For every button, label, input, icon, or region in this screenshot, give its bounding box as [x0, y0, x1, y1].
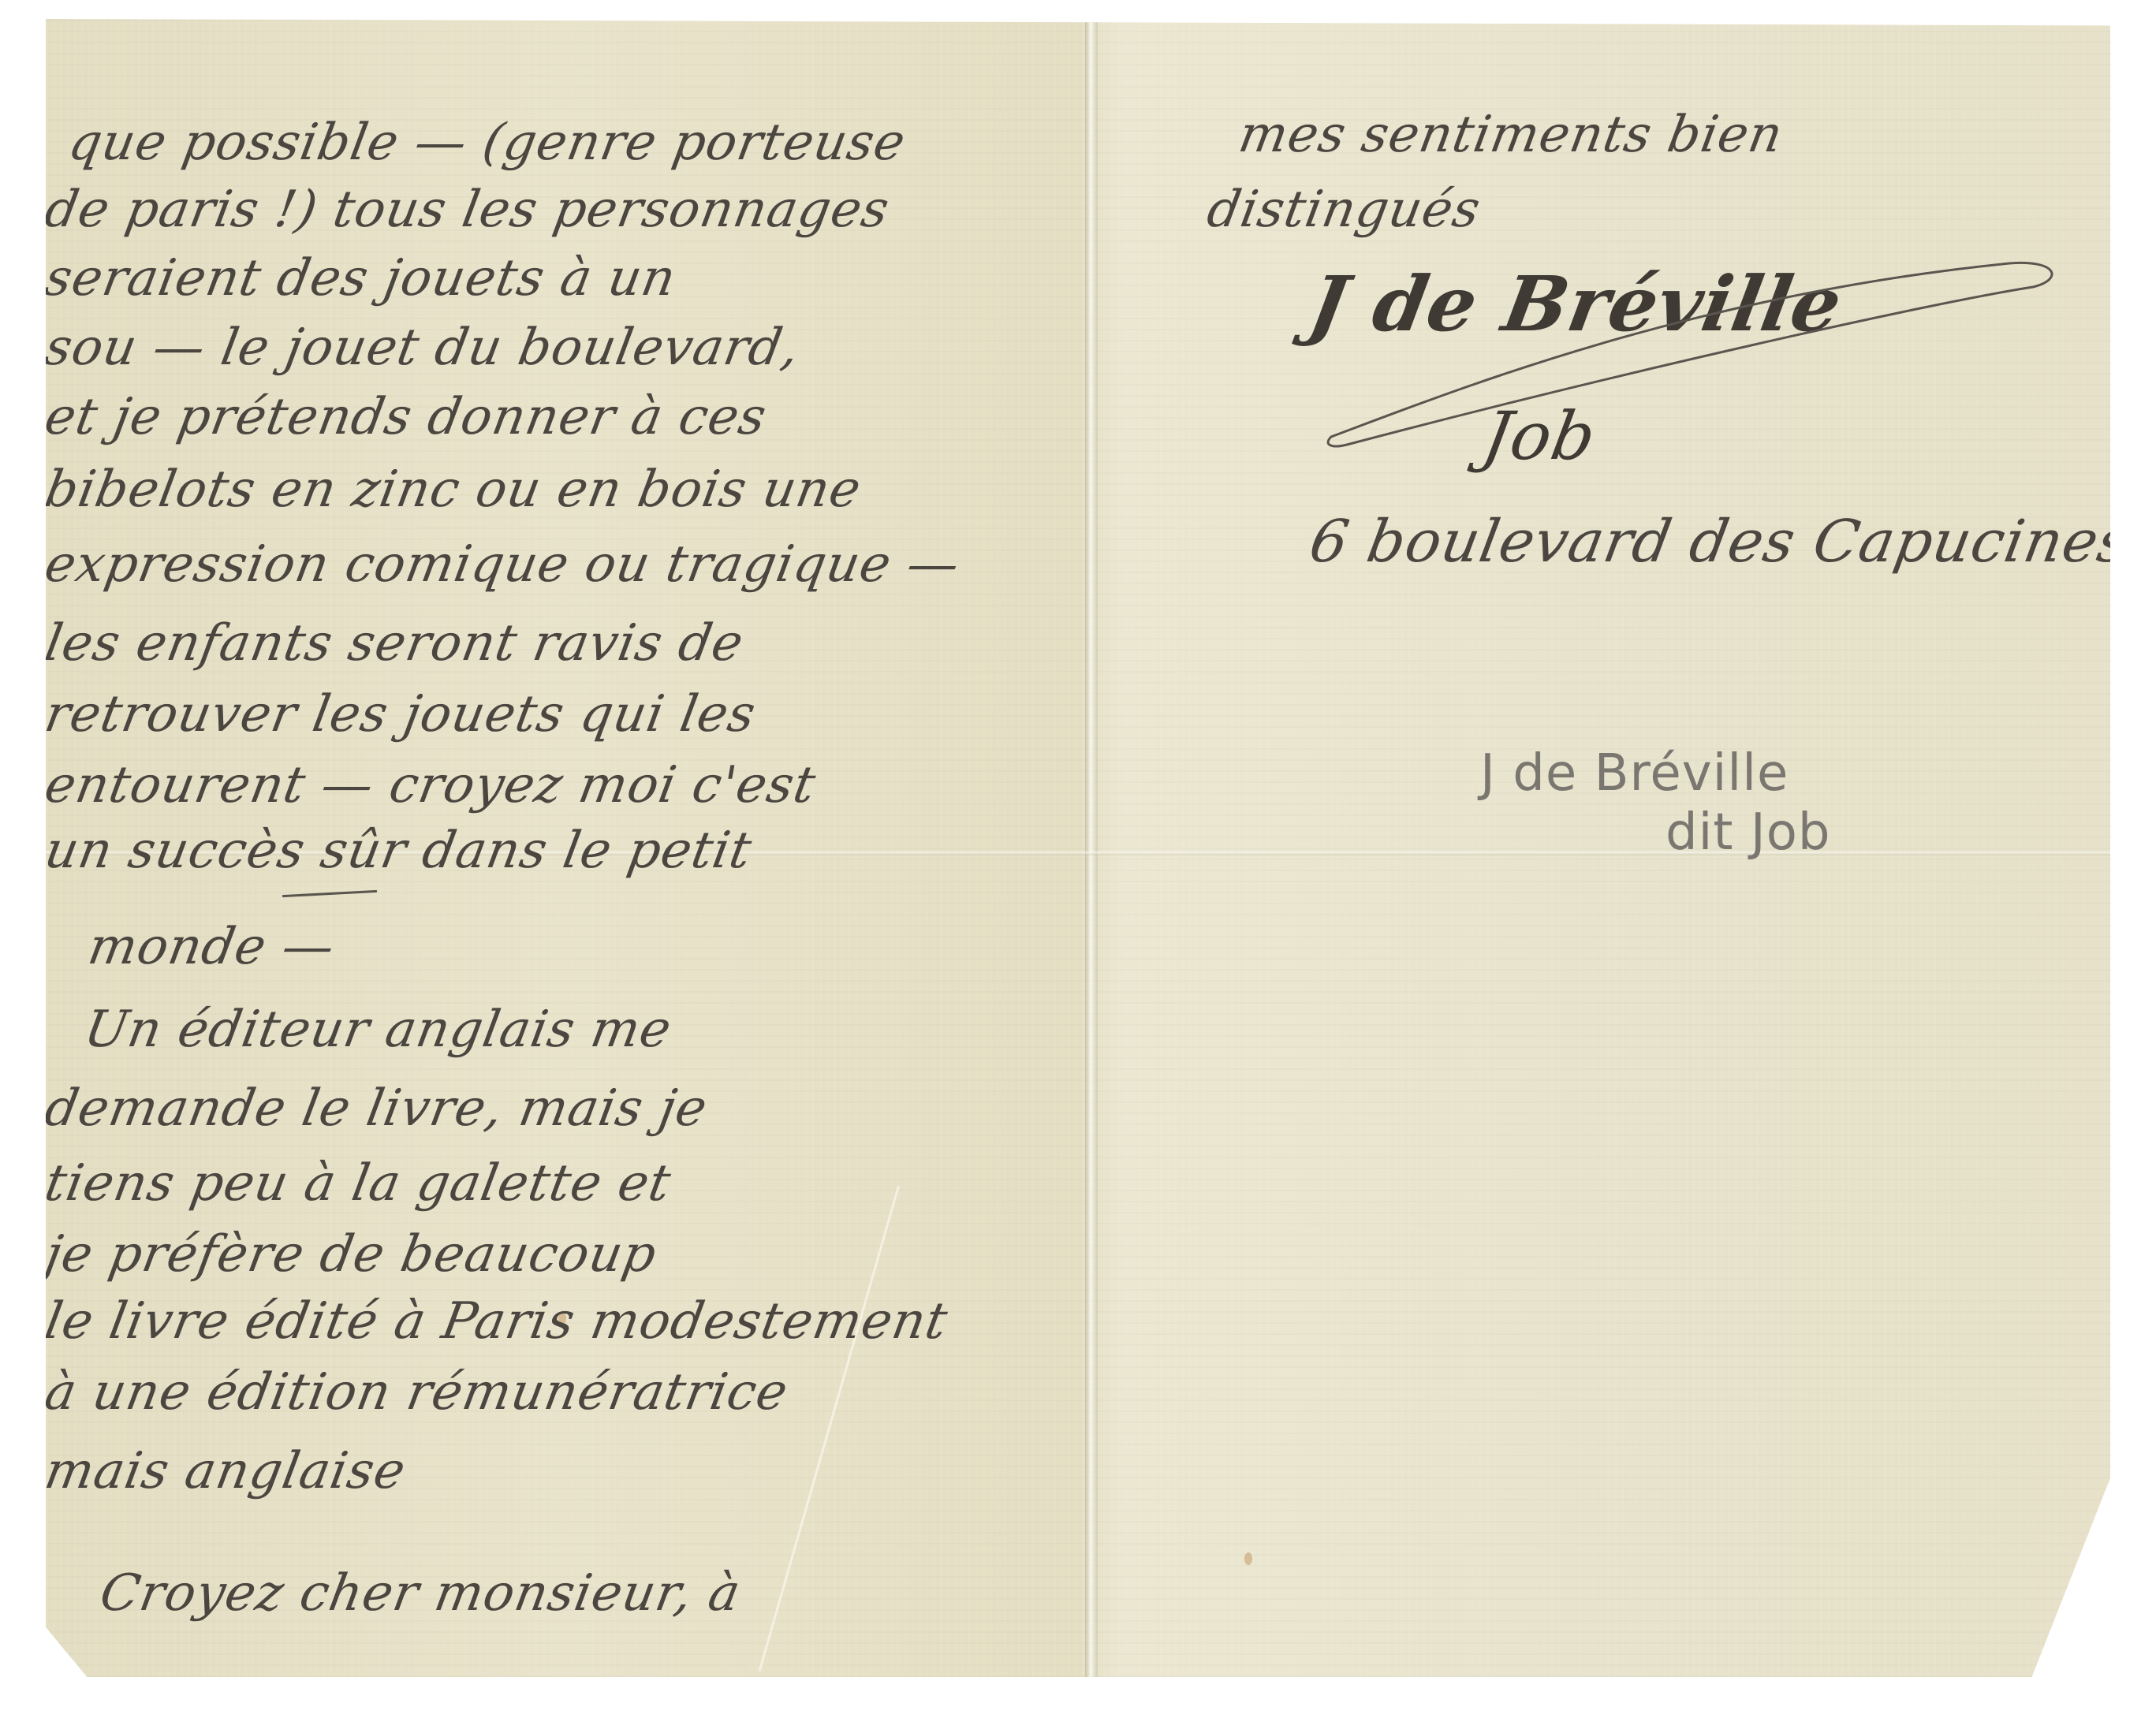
letter-line: que possible — (genre porteuse — [64, 114, 910, 172]
letter-line: Un éditeur anglais me — [80, 1001, 676, 1059]
center-fold-gutter — [1085, 19, 1098, 1677]
letter-line: et je prétends donner à ces — [40, 388, 770, 446]
letter-line: un succès sûr dans le petit — [40, 822, 756, 880]
signature-flourish — [1300, 248, 2072, 453]
letter-line: mais anglaise — [40, 1442, 410, 1500]
letter-line: tiens peu à la galette et — [40, 1154, 675, 1213]
letter-line: monde — — [84, 918, 339, 976]
underline-sur — [282, 890, 377, 897]
letter-line: je préfère de beaucoup — [40, 1225, 661, 1284]
letter-sheet: que possible — (genre porteuse de paris … — [46, 19, 2110, 1677]
letter-line: les enfants seront ravis de — [40, 614, 748, 673]
letter-line: Croyez cher monsieur, à — [95, 1564, 744, 1623]
address: 6 boulevard des Capucines — [1304, 508, 2135, 576]
letter-line: sou — le jouet du boulevard, — [40, 319, 804, 377]
letter-line: de paris !) tous les personnages — [40, 181, 893, 239]
letter-line: retrouver les jouets qui les — [40, 685, 760, 743]
letter-line: le livre édité à Paris modestement — [40, 1292, 952, 1351]
pencil-annotation-line2: dit Job — [1665, 803, 1831, 862]
pencil-annotation-line1: J de Bréville — [1480, 744, 1789, 803]
letter-line: demande le livre, mais je — [40, 1079, 711, 1138]
letter-line: entourent — croyez moi c'est — [40, 756, 820, 814]
letter-line: bibelots en zinc ou en bois une — [40, 460, 865, 519]
left-page: que possible — (genre porteuse de paris … — [46, 19, 1087, 1677]
letter-line: à une édition rémunératrice — [40, 1363, 793, 1422]
letter-line: expression comique ou tragique — — [40, 535, 964, 594]
letter-line: seraient des jouets à un — [40, 249, 680, 307]
closing-line: distingués — [1203, 181, 1485, 239]
closing-line: mes sentiments bien — [1234, 106, 1787, 164]
